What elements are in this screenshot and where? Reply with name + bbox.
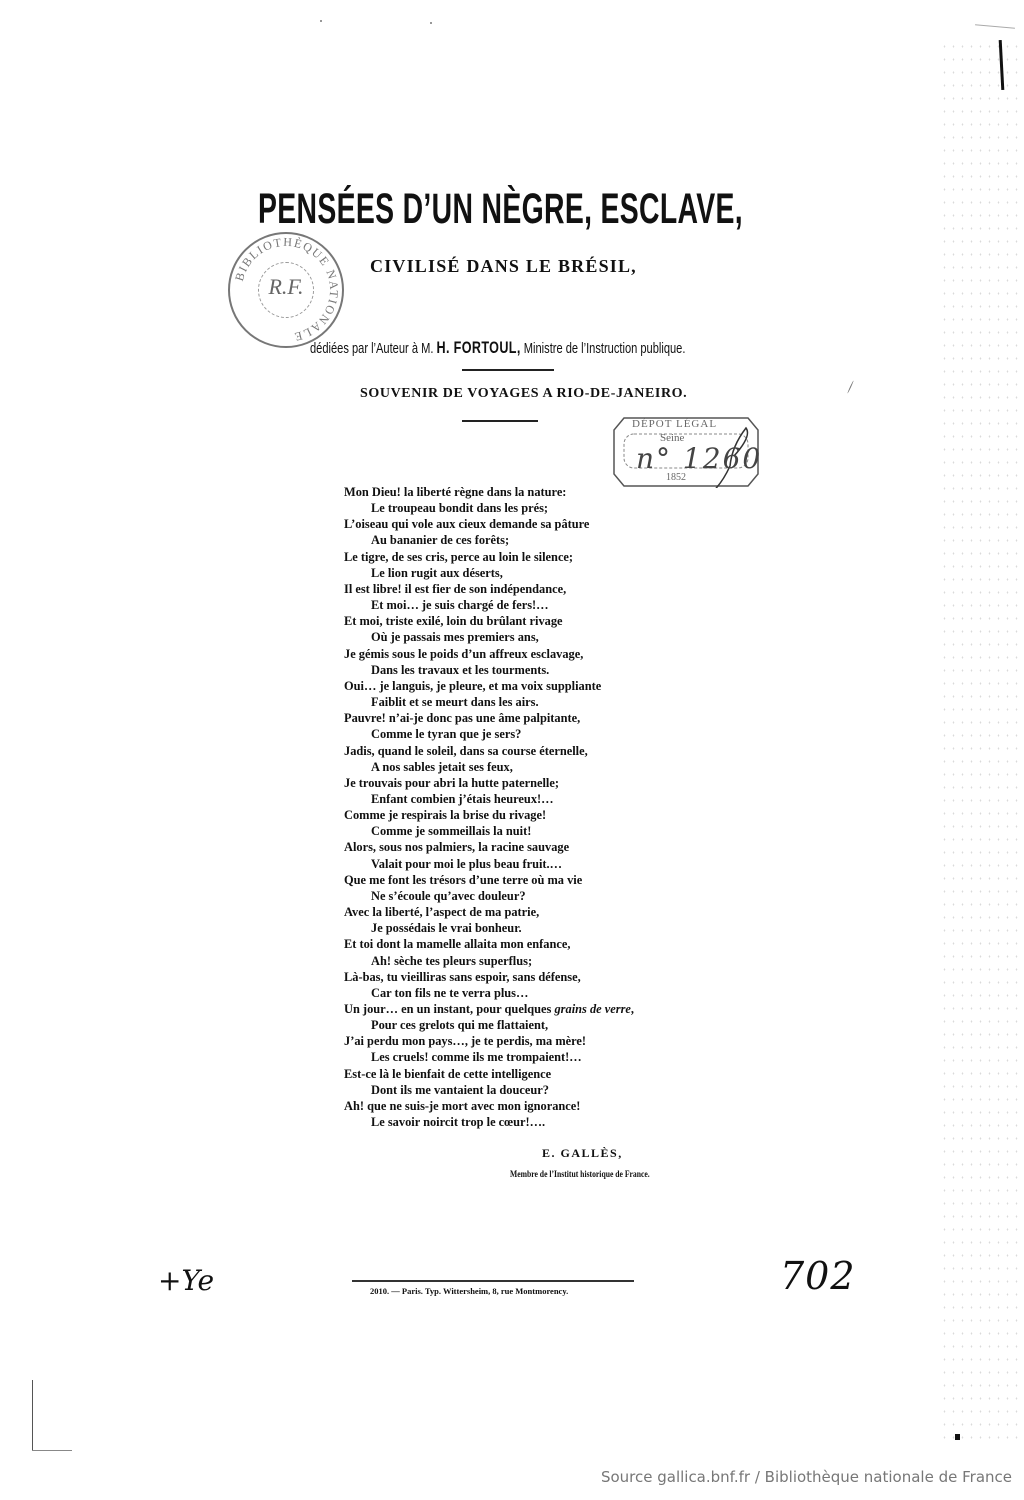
poem-line-text: Là-bas, tu vieilliras sans espoir, sans … [344, 970, 581, 984]
poem-line: Dont ils me vantaient la douceur? [344, 1082, 764, 1098]
poem-line: Dans les travaux et les tourments. [344, 662, 764, 678]
page-edge-mark [975, 24, 1015, 28]
poem-line-text: Dans les travaux et les tourments. [371, 663, 549, 677]
poem-line-text: Je gémis sous le poids d’un affreux escl… [344, 647, 583, 661]
depot-stamp-number: n° 1260 [636, 442, 762, 475]
scan-speck [320, 20, 322, 22]
divider-rule [462, 420, 538, 422]
scan-speck [430, 22, 432, 24]
poem-line: A nos sables jetait ses feux, [344, 759, 764, 775]
poem-line: Un jour… en un instant, pour quelques gr… [344, 1001, 764, 1017]
poem-line-text: Et moi, triste exilé, loin du brûlant ri… [344, 614, 563, 628]
poem-line: Comme je sommeillais la nuit! [344, 823, 764, 839]
poem-line: Il est libre! il est fier de son indépen… [344, 581, 764, 597]
poem-line: Et moi… je suis chargé de fers!… [344, 597, 764, 613]
poem-line-text: Je trouvais pour abri la hutte paternell… [344, 776, 559, 790]
poem-line-text: Mon Dieu! la liberté règne dans la natur… [344, 485, 566, 499]
poem-line: Avec la liberté, l’aspect de ma patrie, [344, 904, 764, 920]
poem-line: Comme je respirais la brise du rivage! [344, 807, 764, 823]
source-footer: Source gallica.bnf.fr / Bibliothèque nat… [0, 1455, 1024, 1500]
poem-line: Les cruels! comme ils me trompaient!… [344, 1049, 764, 1065]
poem-line: Le troupeau bondit dans les prés; [344, 500, 764, 516]
author-signature: E. GALLÈS, [542, 1146, 623, 1161]
poem-line: Oui… je languis, je pleure, et ma voix s… [344, 678, 764, 694]
poem-line-text: Le savoir noircit trop le cœur!…. [371, 1115, 545, 1129]
poem-line: Que me font les trésors d’une terre où m… [344, 872, 764, 888]
poem-line-italic: grains de verre [554, 1002, 630, 1016]
imprint-rule [352, 1280, 634, 1282]
document-subtitle: CIVILISÉ DANS LE BRÉSIL, [370, 256, 637, 277]
document-title: PENSÉES D’UN NÈGRE, ESCLAVE, [258, 185, 595, 234]
poem-line: Et toi dont la mamelle allaita mon enfan… [344, 936, 764, 952]
poem-line-text: Ne s’écoule qu’avec douleur? [371, 889, 526, 903]
scan-noise [940, 40, 1020, 1440]
source-credit: Source gallica.bnf.fr / Bibliothèque nat… [601, 1468, 1012, 1486]
poem-line: Le savoir noircit trop le cœur!…. [344, 1114, 764, 1130]
poem-line: Mon Dieu! la liberté règne dans la natur… [344, 484, 764, 500]
author-affiliation: Membre de l’Institut historique de Franc… [510, 1169, 650, 1179]
poem-line-text: Pour ces grelots qui me flattaient, [371, 1018, 548, 1032]
poem-line: Pour ces grelots qui me flattaient, [344, 1017, 764, 1033]
poem-line: Là-bas, tu vieilliras sans espoir, sans … [344, 969, 764, 985]
poem-line-text: Et moi… je suis chargé de fers!… [371, 598, 549, 612]
poem-line-text: Le tigre, de ses cris, perce au loin le … [344, 550, 573, 564]
poem-line-text: Comme le tyran que je sers? [371, 727, 521, 741]
poem-line: Le lion rugit aux déserts, [344, 565, 764, 581]
poem-line: Faiblit et se meurt dans les airs. [344, 694, 764, 710]
poem-line-text: Enfant combien j’étais heureux!… [371, 792, 554, 806]
poem-line-text: Au bananier de ces forêts; [371, 533, 509, 547]
poem-line: Comme le tyran que je sers? [344, 726, 764, 742]
poem-line-text: Les cruels! comme ils me trompaient!… [371, 1050, 582, 1064]
poem-line-text: Est-ce là le bienfait de cette intellige… [344, 1067, 551, 1081]
dedication: dédiées par l’Auteur à M. H. FORTOUL, Mi… [310, 338, 685, 358]
dedication-suffix: Ministre de l’Instruction publique. [524, 340, 686, 357]
handwritten-number: 702 [780, 1254, 856, 1298]
poem-line-text: Comme je sommeillais la nuit! [371, 824, 531, 838]
poem-line: Le tigre, de ses cris, perce au loin le … [344, 549, 764, 565]
poem-line: Au bananier de ces forêts; [344, 532, 764, 548]
poem-line-text: Comme je respirais la brise du rivage! [344, 808, 546, 822]
page-edge-mark [32, 1450, 72, 1451]
poem-line: L’oiseau qui vole aux cieux demande sa p… [344, 516, 764, 532]
poem-line: Et moi, triste exilé, loin du brûlant ri… [344, 613, 764, 629]
poem-line: Ah! sèche tes pleurs superflus; [344, 953, 764, 969]
poem-line: Pauvre! n’ai-je donc pas une âme palpita… [344, 710, 764, 726]
poem-line-text: Alors, sous nos palmiers, la racine sauv… [344, 840, 569, 854]
poem-line: Où je passais mes premiers ans, [344, 629, 764, 645]
poem-line-text: L’oiseau qui vole aux cieux demande sa p… [344, 517, 589, 531]
poem-line: Car ton fils ne te verra plus… [344, 985, 764, 1001]
page-edge-mark [32, 1380, 33, 1450]
poem: Mon Dieu! la liberté règne dans la natur… [344, 484, 764, 1130]
poem-line: Je trouvais pour abri la hutte paternell… [344, 775, 764, 791]
poem-line-text: Ah! que ne suis-je mort avec mon ignoran… [344, 1099, 580, 1113]
poem-line-text: J’ai perdu mon pays…, je te perdis, ma m… [344, 1034, 586, 1048]
depot-stamp-title: DÉPOT LÉGAL [632, 418, 717, 430]
poem-line: Valait pour moi le plus beau fruit.… [344, 856, 764, 872]
poem-line: Jadis, quand le soleil, dans sa course é… [344, 743, 764, 759]
poem-line-text: Que me font les trésors d’une terre où m… [344, 873, 582, 887]
scanned-page: BIBLIOTHÈQUE NATIONALE R.F. PENSÉES D’UN… [0, 0, 1024, 1455]
scan-speck [847, 380, 854, 393]
poem-line-text: A nos sables jetait ses feux, [371, 760, 513, 774]
poem-line: Enfant combien j’étais heureux!… [344, 791, 764, 807]
depot-stamp-year: 1852 [666, 472, 686, 483]
poem-line: Je gémis sous le poids d’un affreux escl… [344, 646, 764, 662]
poem-line-text: Je possédais le vrai bonheur. [371, 921, 522, 935]
poem-line-text: Valait pour moi le plus beau fruit.… [371, 857, 562, 871]
poem-line: Ne s’écoule qu’avec douleur? [344, 888, 764, 904]
poem-line-text: Faiblit et se meurt dans les airs. [371, 695, 539, 709]
library-stamp-center: R.F. [262, 274, 310, 300]
poem-line-text: Où je passais mes premiers ans, [371, 630, 539, 644]
poem-line-text: Avec la liberté, l’aspect de ma patrie, [344, 905, 539, 919]
dedication-name: H. FORTOUL, [436, 338, 520, 357]
poem-line-text: Car ton fils ne te verra plus… [371, 986, 528, 1000]
printer-imprint: 2010. — Paris. Typ. Wittersheim, 8, rue … [370, 1286, 568, 1296]
poem-line-text: Dont ils me vantaient la douceur? [371, 1083, 549, 1097]
poem-line-text: Jadis, quand le soleil, dans sa course é… [344, 744, 588, 758]
poem-line: Alors, sous nos palmiers, la racine sauv… [344, 839, 764, 855]
section-title: SOUVENIR DE VOYAGES A RIO-DE-JANEIRO. [360, 386, 687, 402]
poem-line: Est-ce là le bienfait de cette intellige… [344, 1066, 764, 1082]
poem-line-text: Et toi dont la mamelle allaita mon enfan… [344, 937, 570, 951]
poem-line: Je possédais le vrai bonheur. [344, 920, 764, 936]
poem-line-text: Le lion rugit aux déserts, [371, 566, 503, 580]
dedication-prefix: dédiées par l’Auteur à M. [310, 340, 433, 357]
poem-line-text: Ah! sèche tes pleurs superflus; [371, 954, 532, 968]
poem-line: Ah! que ne suis-je mort avec mon ignoran… [344, 1098, 764, 1114]
scan-speck [955, 1434, 960, 1440]
poem-line-text: Il est libre! il est fier de son indépen… [344, 582, 566, 596]
poem-line: J’ai perdu mon pays…, je te perdis, ma m… [344, 1033, 764, 1049]
handwritten-shelfmark: +Ye [158, 1264, 214, 1297]
poem-line-text: Oui… je languis, je pleure, et ma voix s… [344, 679, 601, 693]
poem-line-punct: , [631, 1002, 634, 1016]
poem-line-text: Un jour… en un instant, pour quelques [344, 1002, 554, 1016]
poem-line-text: Pauvre! n’ai-je donc pas une âme palpita… [344, 711, 580, 725]
poem-line-text: Le troupeau bondit dans les prés; [371, 501, 548, 515]
divider-rule [462, 369, 554, 371]
